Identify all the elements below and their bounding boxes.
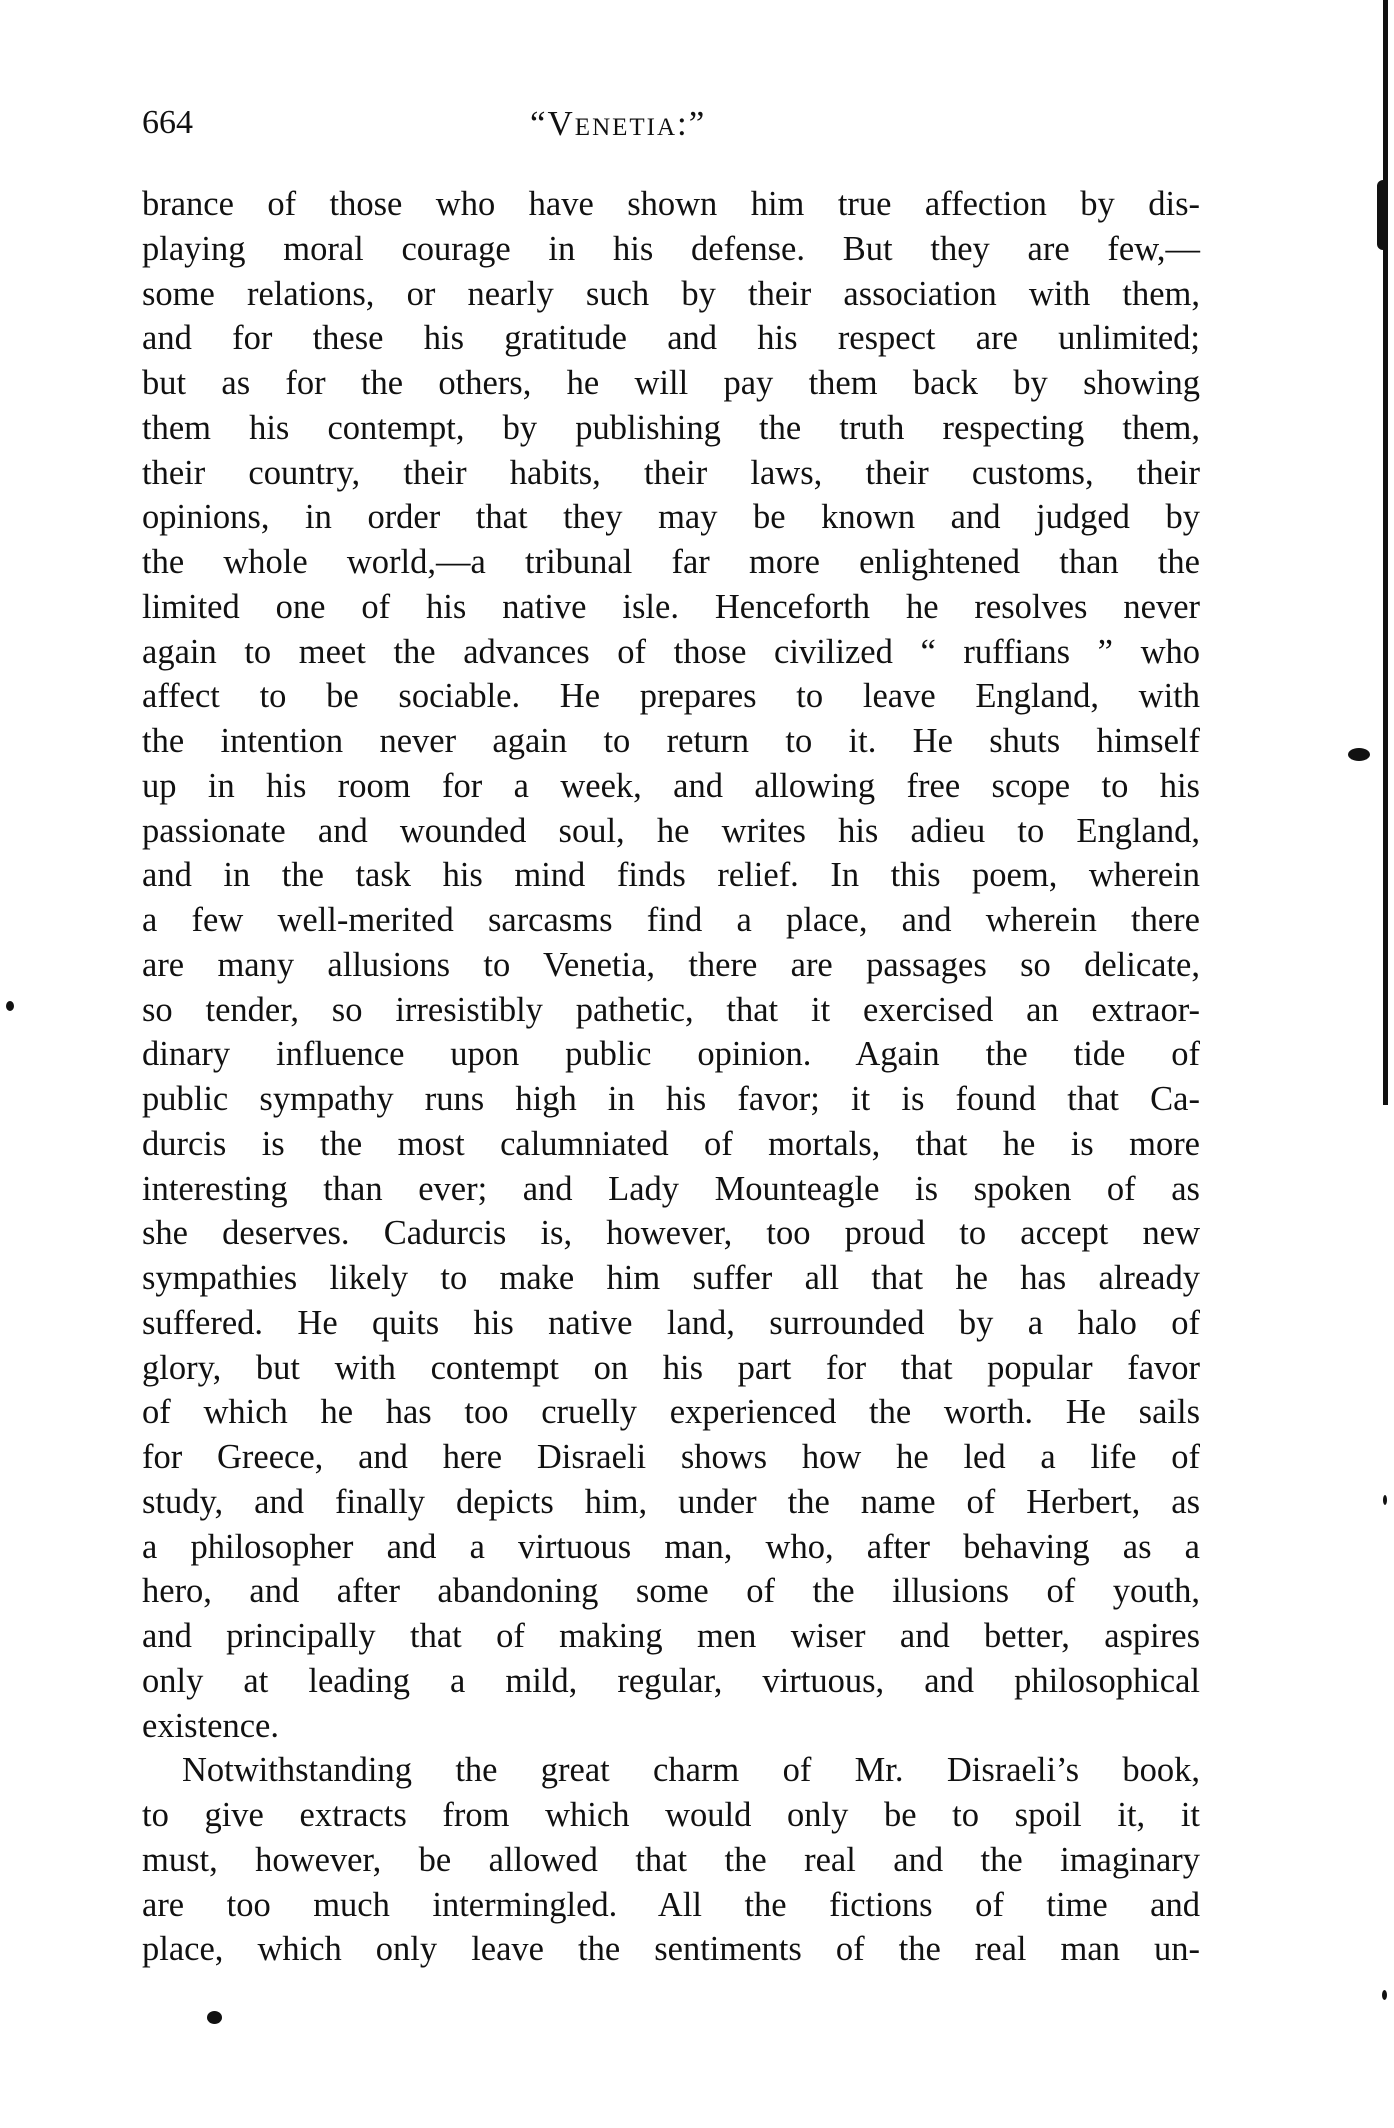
text-line: only at leading a mild, regular, virtuou… — [142, 1659, 1200, 1704]
text-line: to give extracts from which would only b… — [142, 1793, 1200, 1838]
text-line: of which he has too cruelly experienced … — [142, 1390, 1200, 1435]
text-line: glory, but with contempt on his part for… — [142, 1346, 1200, 1391]
text-line: up in his room for a week, and allowing … — [142, 764, 1200, 809]
ink-speck — [207, 2011, 222, 2024]
text-line: the whole world,—a tribunal far more enl… — [142, 540, 1200, 585]
text-line: hero, and after abandoning some of the i… — [142, 1569, 1200, 1614]
page-number: 664 — [142, 104, 193, 142]
text-line: durcis is the most calumniated of mortal… — [142, 1122, 1200, 1167]
text-line: limited one of his native isle. Hencefor… — [142, 585, 1200, 630]
text-line: must, however, be allowed that the real … — [142, 1838, 1200, 1883]
paragraph-end-line: existence. — [142, 1704, 1200, 1749]
text-line: for Greece, and here Disraeli shows how … — [142, 1435, 1200, 1480]
text-line: suffered. He quits his native land, surr… — [142, 1301, 1200, 1346]
text-line: affect to be sociable. He prepares to le… — [142, 674, 1200, 719]
text-line: dinary influence upon public opinion. Ag… — [142, 1032, 1200, 1077]
body-text: brance of those who have shown him true … — [142, 182, 1200, 1972]
text-line: again to meet the advances of those civi… — [142, 630, 1200, 675]
text-line: she deserves. Cadurcis is, however, too … — [142, 1211, 1200, 1256]
text-line: playing moral courage in his defense. Bu… — [142, 227, 1200, 272]
text-line: interesting than ever; and Lady Mounteag… — [142, 1167, 1200, 1212]
text-line: but as for the others, he will pay them … — [142, 361, 1200, 406]
page-edge-mark — [1377, 180, 1387, 250]
running-title: “Venetia:” — [530, 104, 706, 144]
text-line: their country, their habits, their laws,… — [142, 451, 1200, 496]
book-page: 664 “Venetia:” brance of those who have … — [0, 0, 1394, 2128]
text-line: public sympathy runs high in his favor; … — [142, 1077, 1200, 1122]
text-line: and in the task his mind finds relief. I… — [142, 853, 1200, 898]
text-line: are many allusions to Venetia, there are… — [142, 943, 1200, 988]
text-line: a philosopher and a virtuous man, who, a… — [142, 1525, 1200, 1570]
text-line: brance of those who have shown him true … — [142, 182, 1200, 227]
ink-speck — [1382, 1990, 1387, 2000]
paragraph-start-line: Notwithstanding the great charm of Mr. D… — [142, 1748, 1200, 1793]
text-line: and principally that of making men wiser… — [142, 1614, 1200, 1659]
ink-speck — [1348, 748, 1370, 761]
text-line: passionate and wounded soul, he writes h… — [142, 809, 1200, 854]
ink-speck — [6, 1001, 14, 1011]
text-line: are too much intermingled. All the ficti… — [142, 1883, 1200, 1928]
text-line: some relations, or nearly such by their … — [142, 272, 1200, 317]
text-line: study, and finally depicts him, under th… — [142, 1480, 1200, 1525]
running-head: 664 “Venetia:” — [142, 104, 1200, 148]
text-line: opinions, in order that they may be know… — [142, 495, 1200, 540]
page-edge-rule — [1383, 0, 1388, 1105]
text-line: the intention never again to return to i… — [142, 719, 1200, 764]
text-line: so tender, so irresistibly pathetic, tha… — [142, 988, 1200, 1033]
ink-speck — [1383, 1495, 1387, 1505]
text-line: a few well-merited sarcasms find a place… — [142, 898, 1200, 943]
text-line: and for these his gratitude and his resp… — [142, 316, 1200, 361]
text-line: them his contempt, by publishing the tru… — [142, 406, 1200, 451]
text-line: sympathies likely to make him suffer all… — [142, 1256, 1200, 1301]
text-line: place, which only leave the sentiments o… — [142, 1927, 1200, 1972]
